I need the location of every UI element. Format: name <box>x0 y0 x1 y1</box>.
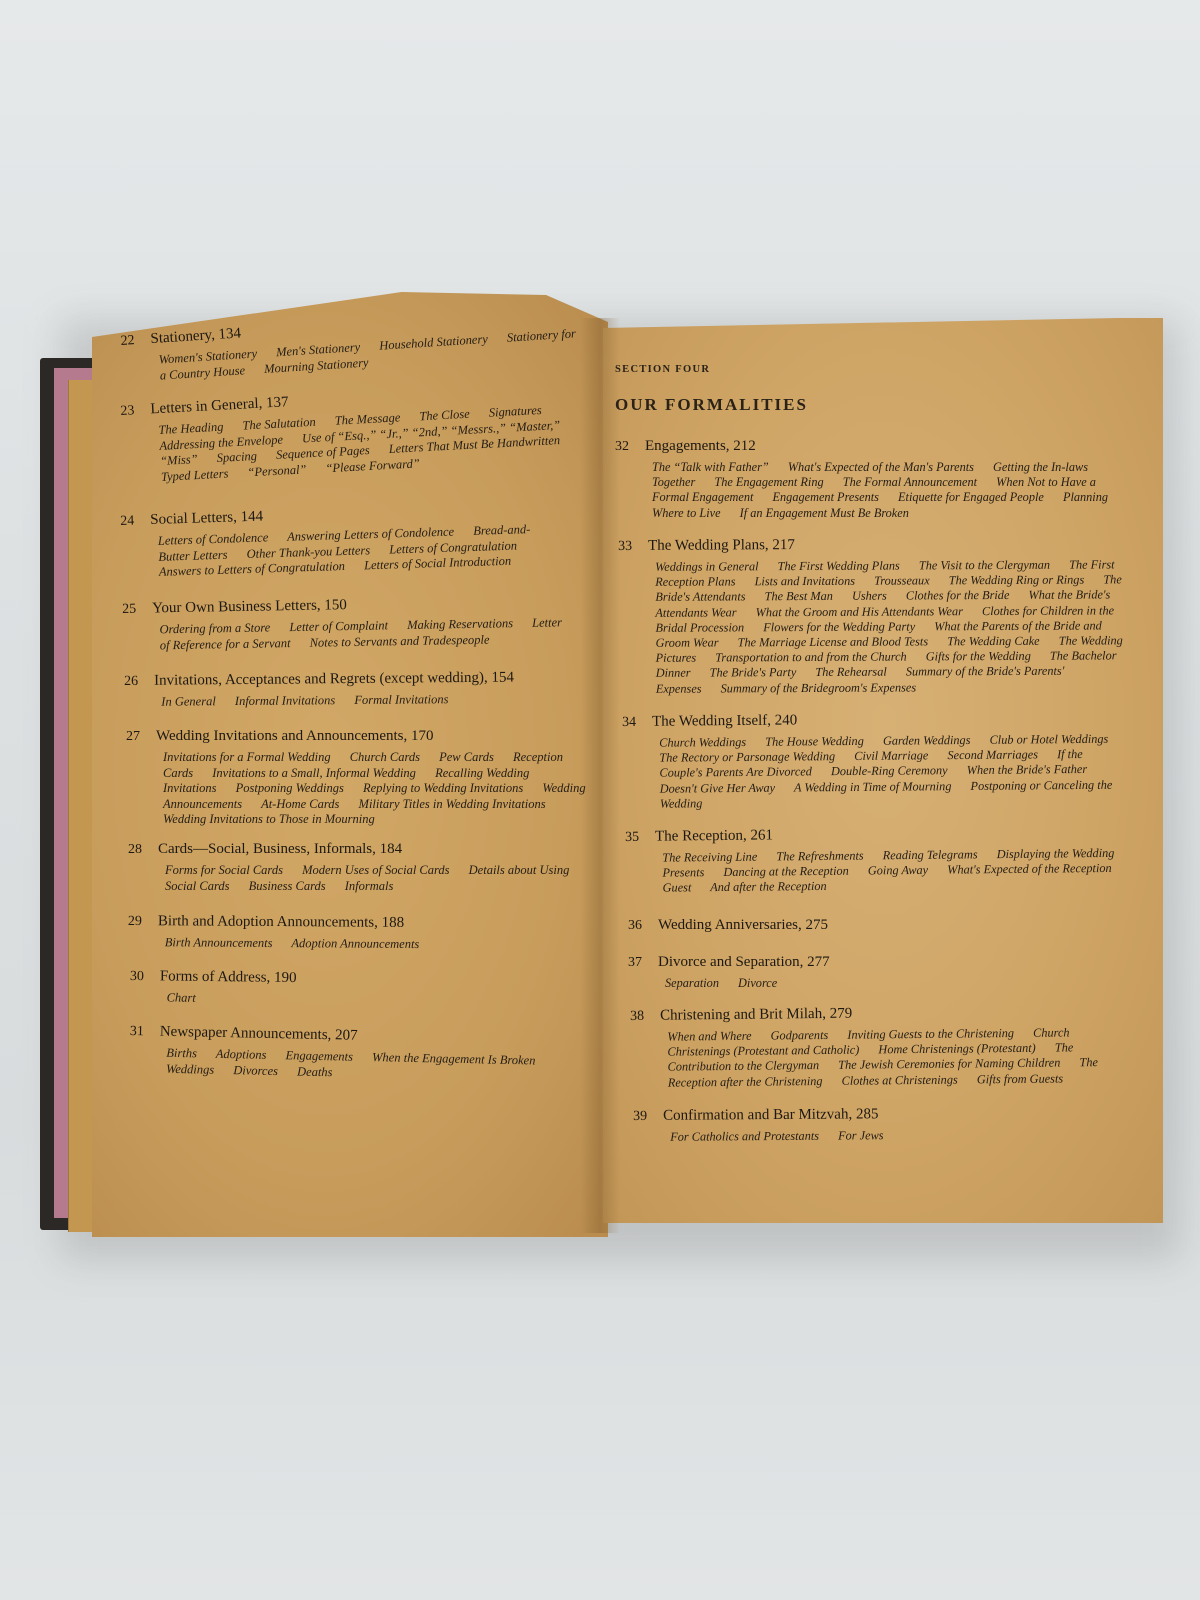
toc-entry: 37Divorce and Separation, 277 Separation… <box>628 953 1125 991</box>
subtopic: The Jewish Ceremonies for Naming Childre… <box>838 1056 1060 1072</box>
subtopic: Divorce <box>738 976 777 990</box>
toc-entry: 36Wedding Anniversaries, 275 <box>628 916 1125 935</box>
chapter-title: Invitations, Acceptances and Regrets (ex… <box>154 669 514 690</box>
subtopic: The Wedding Ring or Rings <box>949 573 1085 588</box>
subtopic: The First Wedding Plans <box>778 558 900 573</box>
subtopic: Birth Announcements <box>165 935 273 950</box>
chapter-title: The Reception, 261 <box>655 826 773 845</box>
subtopic: Flowers for the Wedding Party <box>763 619 915 634</box>
subtopic: Clothes at Christenings <box>842 1073 958 1088</box>
chapter-number: 22 <box>120 331 151 351</box>
subtopic: When the Engagement Is Broken <box>372 1050 536 1067</box>
subtopic: The Visit to the Clergyman <box>919 558 1050 573</box>
subtopic: Pew Cards <box>439 750 494 764</box>
subtopic: Signatures <box>488 403 542 420</box>
chapter-number: 31 <box>130 1023 160 1042</box>
subtopic: Gifts for the Wedding <box>926 649 1031 664</box>
subtopic: The Bride's Party <box>710 665 797 679</box>
subtopic: Ordering from a Store <box>159 620 270 636</box>
chapter-number: 36 <box>628 917 658 935</box>
subtopic: Reading Telegrams <box>883 847 978 862</box>
subtopic: Engagement Presents <box>773 490 879 504</box>
chapter-number: 29 <box>128 913 158 931</box>
subtopic: Lists and Invitations <box>755 574 856 589</box>
subtopic: “Personal” <box>247 462 307 479</box>
subtopic: Military Titles in Wedding Invitations <box>359 797 546 811</box>
subtopic: The House Wedding <box>765 734 864 749</box>
subtopic: The Best Man <box>765 589 833 603</box>
chapter-title: Social Letters, 144 <box>150 508 263 530</box>
subtopic: For Catholics and Protestants <box>670 1129 819 1144</box>
subtopic: Godparents <box>771 1028 829 1043</box>
subtopic: For Jews <box>838 1129 884 1143</box>
subtopic: Adoption Announcements <box>291 936 419 951</box>
subtopic: Trousseaux <box>874 573 930 587</box>
subtopic: Summary of the Bridegroom's Expenses <box>721 680 917 695</box>
chapter-subtopics: Invitations for a Formal Wedding Church … <box>163 750 596 828</box>
subtopic: Letters of Condolence <box>158 530 269 547</box>
toc-entry: 24Social Letters, 144 Letters of Condole… <box>120 498 562 582</box>
subtopic: Church Cards <box>350 750 420 764</box>
chapter-subtopics: Separation Divorce <box>665 976 1125 991</box>
chapter-subtopics: Church Weddings The House Wedding Garden… <box>659 731 1126 811</box>
chapter-number: 26 <box>124 673 154 691</box>
subtopic: Weddings <box>166 1061 214 1076</box>
chapter-number: 25 <box>122 600 152 619</box>
chapter-title: The Wedding Plans, 217 <box>648 536 795 555</box>
chapter-number: 37 <box>628 954 658 972</box>
toc-entry: 26Invitations, Acceptances and Regrets (… <box>124 668 594 711</box>
subtopic: Modern Uses of Social Cards <box>302 863 449 877</box>
subtopic: The Rehearsal <box>815 665 886 679</box>
subtopic: Inviting Guests to the Christening <box>847 1026 1014 1042</box>
subtopic: At-Home Cards <box>261 797 339 811</box>
subtopic: Etiquette for Engaged People <box>898 490 1044 504</box>
subtopic: The Close <box>419 407 470 424</box>
chapter-subtopics: When and Where Godparents Inviting Guest… <box>667 1025 1126 1091</box>
subtopic: Other Thank-you Letters <box>246 543 370 561</box>
subtopic: Informals <box>345 879 394 893</box>
subtopic: “Please Forward” <box>325 456 420 475</box>
subtopic: Chart <box>167 990 196 1004</box>
subtopic: Weddings in General <box>655 559 758 574</box>
chapter-title: Birth and Adoption Announcements, 188 <box>158 912 404 932</box>
chapter-subtopics: The Receiving Line The Refreshments Read… <box>662 845 1125 895</box>
section-label: SECTION FOUR <box>615 364 1125 375</box>
subtopic: Gifts from Guests <box>977 1072 1063 1087</box>
subtopic: Letters of Social Introduction <box>364 554 511 573</box>
subtopic: The Wedding Cake <box>947 634 1040 648</box>
chapter-title: The Wedding Itself, 240 <box>652 711 797 730</box>
toc-entry: 34The Wedding Itself, 240 Church Wedding… <box>622 708 1126 811</box>
chapter-subtopics: Chart <box>167 990 430 1009</box>
right-page-contents: SECTION FOUR OUR FORMALITIES 32Engagemen… <box>615 364 1125 1145</box>
subtopic: Postponing Weddings <box>236 781 344 795</box>
toc-entry: 25Your Own Business Letters, 150 Orderin… <box>122 592 563 654</box>
subtopic: Civil Marriage <box>854 748 928 763</box>
subtopic: Births <box>166 1046 197 1061</box>
subtopic: The Message <box>334 410 400 427</box>
chapter-number: 38 <box>630 1008 660 1026</box>
subtopic: Adoptions <box>216 1047 267 1062</box>
subtopic: Formal Invitations <box>354 692 448 707</box>
subtopic: And after the Reception <box>710 879 827 894</box>
chapter-title: Divorce and Separation, 277 <box>658 953 830 971</box>
subtopic: Forms for Social Cards <box>165 863 283 877</box>
subtopic: Double-Ring Ceremony <box>831 763 948 778</box>
chapter-subtopics: Forms for Social Cards Modern Uses of So… <box>165 863 578 894</box>
chapter-title: Wedding Anniversaries, 275 <box>658 916 828 934</box>
subtopic: Separation <box>665 976 719 990</box>
subtopic: Notes to Servants and Tradespeople <box>310 632 490 649</box>
subtopic: Informal Invitations <box>235 693 335 708</box>
toc-entry: 31Newspaper Announcements, 207 Births Ad… <box>129 1022 580 1086</box>
chapter-subtopics: For Catholics and Protestants For Jews <box>670 1127 1125 1145</box>
toc-entry: 27Wedding Invitations and Announcements,… <box>126 727 596 828</box>
subtopic: Going Away <box>868 863 928 878</box>
subtopic: Deaths <box>297 1064 333 1079</box>
chapter-number: 32 <box>615 438 645 456</box>
subtopic: Typed Letters <box>161 466 229 484</box>
subtopic: Dancing at the Reception <box>723 864 848 879</box>
chapter-title: Christening and Brit Milah, 279 <box>660 1005 852 1025</box>
toc-entry: 39Confirmation and Bar Mitzvah, 285 For … <box>633 1104 1125 1146</box>
toc-entry: 38Christening and Brit Milah, 279 When a… <box>630 1002 1126 1091</box>
subtopic: Invitations to a Small, Informal Wedding <box>212 766 416 780</box>
subtopic: Garden Weddings <box>883 733 971 748</box>
subtopic: A Wedding in Time of Mourning <box>794 778 952 793</box>
subtopic: The Salutation <box>242 415 316 433</box>
chapter-number: 34 <box>622 713 652 731</box>
subtopic: In General <box>161 694 216 708</box>
toc-entry: 28Cards—Social, Business, Informals, 184… <box>128 840 578 894</box>
toc-entry: 29Birth and Adoption Announcements, 188 … <box>128 912 578 954</box>
chapter-number: 27 <box>126 728 156 746</box>
toc-entry: 35The Reception, 261 The Receiving Line … <box>625 822 1126 896</box>
subtopic: Church Weddings <box>659 735 746 750</box>
subtopic: If an Engagement Must Be Broken <box>740 506 909 520</box>
subtopic: Divorces <box>233 1063 278 1078</box>
chapter-title: Your Own Business Letters, 150 <box>152 596 347 617</box>
subtopic: What's Expected of the Man's Parents <box>788 460 974 474</box>
subtopic: The Marriage License and Blood Tests <box>738 634 929 649</box>
subtopic: Transportation to and from the Church <box>715 650 906 665</box>
subtopic: Invitations for a Formal Wedding <box>163 750 331 764</box>
section-title: OUR FORMALITIES <box>615 395 1125 415</box>
chapter-title: Confirmation and Bar Mitzvah, 285 <box>663 1106 879 1126</box>
subtopic: The Rectory or Parsonage Wedding <box>659 749 835 765</box>
chapter-title: Wedding Invitations and Announcements, 1… <box>156 727 434 745</box>
subtopic: What the Groom and His Attendants Wear <box>756 604 963 619</box>
subtopic: The Heading <box>158 420 224 437</box>
chapter-subtopics: The “Talk with Father” What's Expected o… <box>652 460 1125 521</box>
chapter-number: 33 <box>618 538 648 556</box>
chapter-number: 23 <box>120 401 151 421</box>
chapter-title: Newspaper Announcements, 207 <box>160 1023 358 1045</box>
chapter-number: 39 <box>633 1108 663 1126</box>
chapter-subtopics: Birth Announcements Adoption Announcemen… <box>165 935 578 953</box>
subtopic: Clothes for the Bride <box>906 588 1010 603</box>
subtopic: When and Where <box>667 1029 751 1044</box>
subtopic: The “Talk with Father” <box>652 460 769 474</box>
chapter-title: Cards—Social, Business, Informals, 184 <box>158 840 402 858</box>
subtopic: Ushers <box>852 589 887 603</box>
subtopic: Engagements <box>285 1048 353 1063</box>
chapter-number: 35 <box>625 828 655 846</box>
subtopic: Making Reservations <box>407 616 513 632</box>
subtopic: The Refreshments <box>776 848 863 863</box>
chapter-number: 24 <box>120 512 151 531</box>
subtopic: Second Marriages <box>947 747 1038 762</box>
subtopic: Household Stationery <box>379 332 488 353</box>
subtopic: Home Christenings (Protestant) <box>878 1041 1035 1057</box>
subtopic: Business Cards <box>249 879 326 893</box>
toc-entry: 30Forms of Address, 190 Chart <box>130 967 430 1009</box>
chapter-title: Engagements, 212 <box>645 437 756 455</box>
chapter-title: Forms of Address, 190 <box>160 967 297 987</box>
chapter-number: 28 <box>128 841 158 859</box>
subtopic: Spacing <box>216 449 257 465</box>
subtopic: Letter of Complaint <box>289 618 388 634</box>
subtopic: Wedding Invitations to Those in Mourning <box>163 812 375 826</box>
chapter-number: 30 <box>130 968 160 986</box>
subtopic: The Receiving Line <box>662 849 757 864</box>
subtopic: The Formal Announcement <box>843 475 977 489</box>
toc-entry: 32Engagements, 212 The “Talk with Father… <box>615 437 1125 521</box>
subtopic: Replying to Wedding Invitations <box>363 781 523 795</box>
subtopic: Club or Hotel Weddings <box>989 731 1108 746</box>
toc-entry: 33The Wedding Plans, 217 Weddings in Gen… <box>618 534 1126 696</box>
chapter-subtopics: Weddings in General The First Wedding Pl… <box>655 557 1126 696</box>
subtopic: The Engagement Ring <box>714 475 823 489</box>
